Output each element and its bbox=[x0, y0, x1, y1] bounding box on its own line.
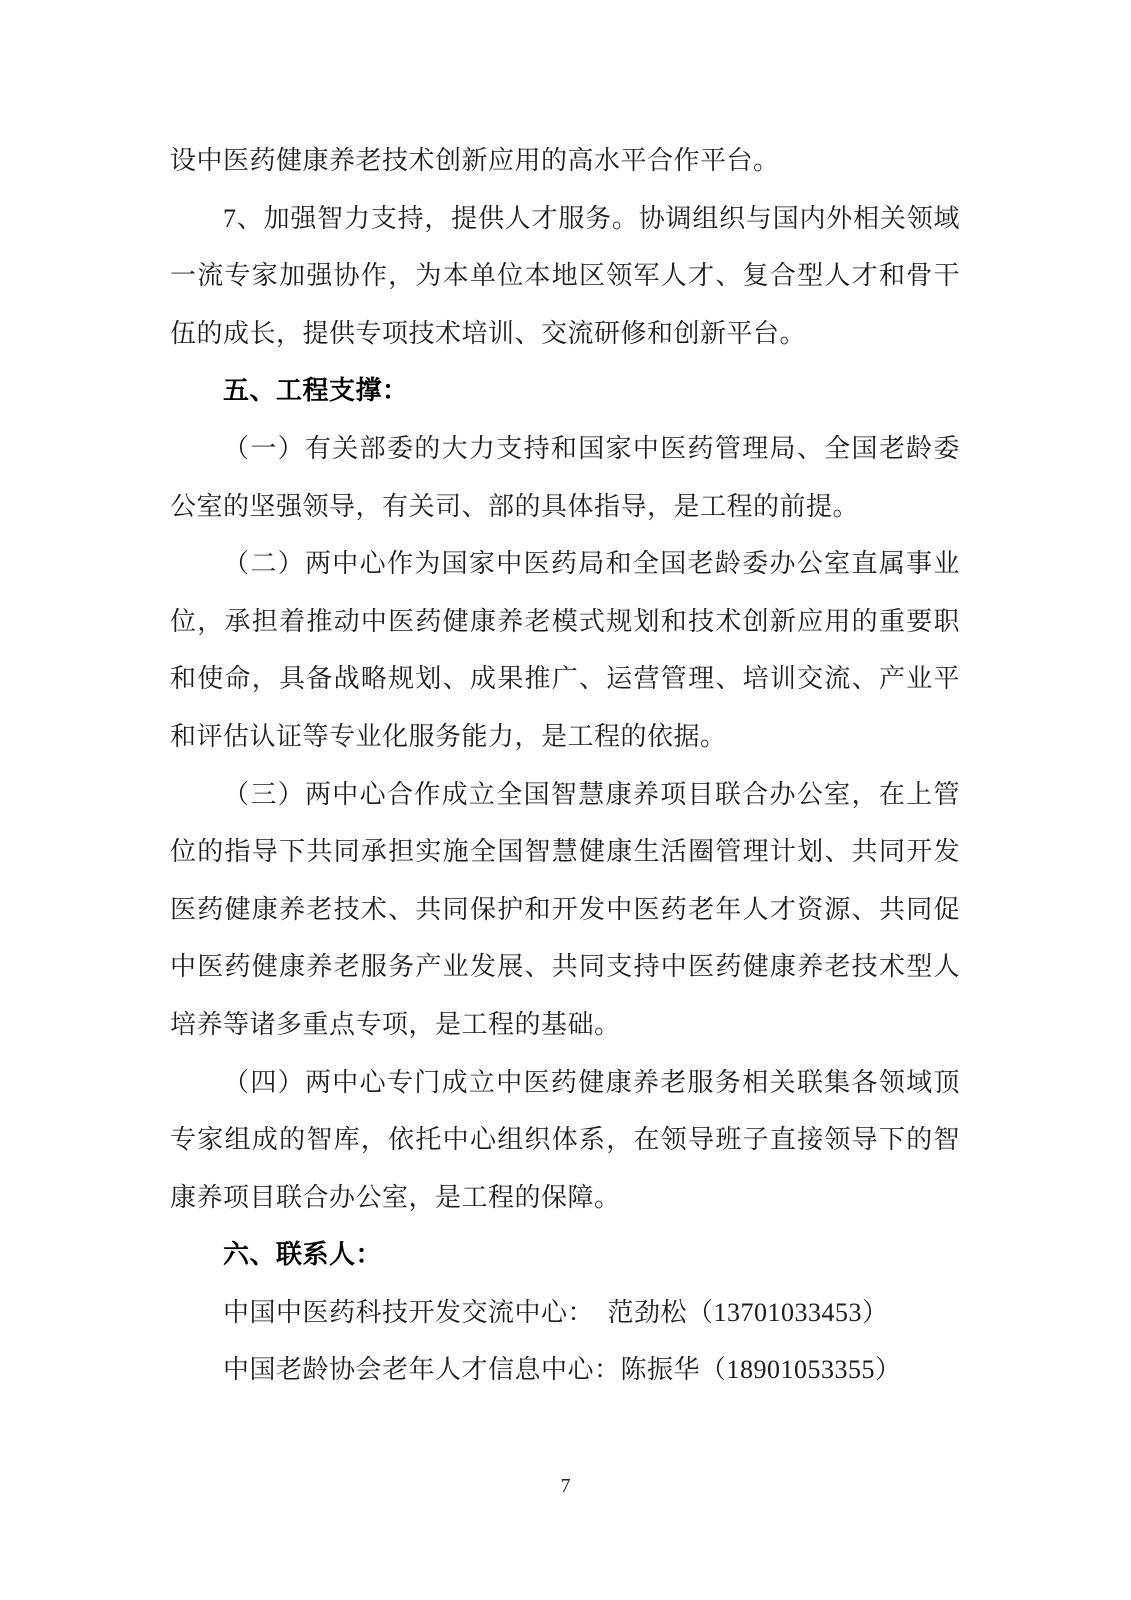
text-line: 一流专家加强协作，为本单位本地区领军人才、复合型人才和骨干队 bbox=[170, 247, 960, 305]
text-line: 和评估认证等专业化服务能力，是工程的依据。 bbox=[170, 708, 960, 766]
text-line: 中国老龄协会老年人才信息中心：陈振华（18901053355） bbox=[170, 1341, 960, 1399]
text-line: 位，承担着推动中医药健康养老模式规划和技术创新应用的重要职责 bbox=[170, 593, 960, 651]
section-heading: 六、联系人： bbox=[170, 1226, 960, 1284]
text-line: 公室的坚强领导，有关司、部的具体指导，是工程的前提。 bbox=[170, 478, 960, 536]
section-heading: 五、工程支撑： bbox=[170, 362, 960, 420]
text-line: 医药健康养老技术、共同保护和开发中医药老年人才资源、共同促进 bbox=[170, 881, 960, 939]
page-number: 7 bbox=[0, 1472, 1131, 1500]
text-line: 设中医药健康养老技术创新应用的高水平合作平台。 bbox=[170, 132, 960, 190]
text-line: 专家组成的智库，依托中心组织体系，在领导班子直接领导下的智慧 bbox=[170, 1111, 960, 1169]
text-line: 中国中医药科技开发交流中心： 范劲松（13701033453） bbox=[170, 1284, 960, 1342]
text-line: （一）有关部委的大力支持和国家中医药管理局、全国老龄委办 bbox=[170, 420, 960, 478]
text-line: （二）两中心作为国家中医药局和全国老龄委办公室直属事业单 bbox=[170, 535, 960, 593]
text-line: （四）两中心专门成立中医药健康养老服务相关联集各领域顶尖 bbox=[170, 1054, 960, 1112]
text-line: 伍的成长，提供专项技术培训、交流研修和创新平台。 bbox=[170, 305, 960, 363]
text-line: 位的指导下共同承担实施全国智慧健康生活圈管理计划、共同开发中 bbox=[170, 823, 960, 881]
text-line: 7、加强智力支持，提供人才服务。协调组织与国内外相关领域 bbox=[170, 190, 960, 248]
text-line: （三）两中心合作成立全国智慧康养项目联合办公室，在上管单 bbox=[170, 766, 960, 824]
text-line: 和使命，具备战略规划、成果推广、运营管理、培训交流、产业平台 bbox=[170, 650, 960, 708]
text-line: 培养等诸多重点专项，是工程的基础。 bbox=[170, 996, 960, 1054]
text-line: 康养项目联合办公室，是工程的保障。 bbox=[170, 1169, 960, 1227]
text-line: 中医药健康养老服务产业发展、共同支持中医药健康养老技术型人才 bbox=[170, 938, 960, 996]
document-body: 设中医药健康养老技术创新应用的高水平合作平台。7、加强智力支持，提供人才服务。协… bbox=[170, 132, 960, 1399]
document-page: 设中医药健康养老技术创新应用的高水平合作平台。7、加强智力支持，提供人才服务。协… bbox=[0, 0, 1131, 1600]
